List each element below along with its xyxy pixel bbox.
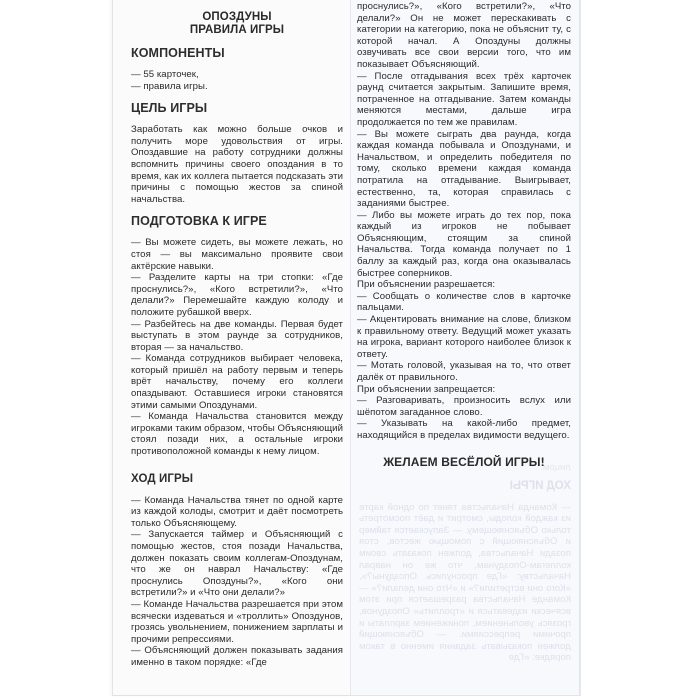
preparation-paragraph: — Команда сотрудников выбирает человека,… bbox=[131, 353, 343, 411]
rules-paragraph: проснулись?», «Кого встретили?», «Что де… bbox=[357, 1, 571, 71]
allowed-item: — Мотать головой, указывая на то, что от… bbox=[357, 360, 571, 383]
components-list: — 55 карточек, — правила игры. bbox=[131, 69, 343, 92]
preparation-paragraph: — Разбейтесь на две команды. Первая буде… bbox=[131, 319, 343, 354]
gameplay-paragraph: — Команде Начальства разрешается при это… bbox=[131, 599, 343, 645]
title-game-name: ОПОЗДУНЫ bbox=[131, 11, 343, 24]
rules-paragraph: — Вы можете сыграть два раунда, когда ка… bbox=[357, 129, 571, 210]
title-rules: ПРАВИЛА ИГРЫ bbox=[131, 24, 343, 37]
preparation-paragraph: — Команда Начальства становится между иг… bbox=[131, 411, 343, 457]
section-heading-preparation: ПОДГОТОВКА К ИГРЕ bbox=[131, 214, 343, 228]
rules-paragraph: — После отгадывания всех трёх карточек р… bbox=[357, 71, 571, 129]
bleed-through-heading: ХОД ИГРЫ bbox=[359, 481, 571, 493]
section-heading-goal: ЦЕЛЬ ИГРЫ bbox=[131, 101, 343, 115]
gameplay-list: — Команда Начальства тянет по одной карт… bbox=[131, 495, 343, 669]
left-column: ОПОЗДУНЫ ПРАВИЛА ИГРЫ КОМПОНЕНТЫ — 55 ка… bbox=[131, 11, 343, 678]
section-heading-components: КОМПОНЕНТЫ bbox=[131, 46, 343, 60]
allowed-item: — Сообщать о количестве слов в карточке … bbox=[357, 291, 571, 314]
allowed-item: — Акцентировать внимание на слове, близк… bbox=[357, 314, 571, 360]
preparation-paragraph: — Разделите карты на три стопки: «Где пр… bbox=[131, 272, 343, 318]
right-column: проснулись?», «Кого встретили?», «Что де… bbox=[357, 1, 571, 469]
gameplay-paragraph: — Запускается таймер и Объясняющий с пом… bbox=[131, 529, 343, 599]
components-item: — правила игры. bbox=[131, 81, 343, 93]
forbidden-item: — Указывать на какой-либо предмет, наход… bbox=[357, 418, 571, 441]
goal-text: Заработать как можно больше очков и полу… bbox=[131, 124, 343, 205]
preparation-paragraph: — Вы можете сидеть, вы можете лежать, но… bbox=[131, 237, 343, 272]
gameplay-paragraph: — Объясняющий должен показывать задания … bbox=[131, 645, 343, 668]
allowed-heading: При объяснении разрешается: bbox=[357, 279, 571, 291]
closing-wish: ЖЕЛАЕМ ВЕСЁЛОЙ ИГРЫ! bbox=[357, 455, 571, 469]
left-page: ОПОЗДУНЫ ПРАВИЛА ИГРЫ КОМПОНЕНТЫ — 55 ка… bbox=[112, 0, 350, 696]
right-page: лицом. ХОД ИГРЫ — Команда Начальства тян… bbox=[350, 0, 581, 696]
section-heading-gameplay: ХОД ИГРЫ bbox=[131, 472, 343, 486]
forbidden-heading: При объяснении запрещается: bbox=[357, 384, 571, 396]
components-item: — 55 карточек, bbox=[131, 69, 343, 81]
bleed-through-text: ХОД ИГРЫ — Команда Начальства тянет по о… bbox=[359, 481, 571, 664]
preparation-list: — Вы можете сидеть, вы можете лежать, но… bbox=[131, 237, 343, 457]
bleed-through-body: — Команда Начальства тянет по одной карт… bbox=[359, 502, 571, 664]
rules-paragraph: — Либо вы можете играть до тех пор, пока… bbox=[357, 210, 571, 280]
document-title: ОПОЗДУНЫ ПРАВИЛА ИГРЫ bbox=[131, 11, 343, 36]
forbidden-item: — Разговаривать, произносить вслух или ш… bbox=[357, 395, 571, 418]
gameplay-paragraph: — Команда Начальства тянет по одной карт… bbox=[131, 495, 343, 530]
